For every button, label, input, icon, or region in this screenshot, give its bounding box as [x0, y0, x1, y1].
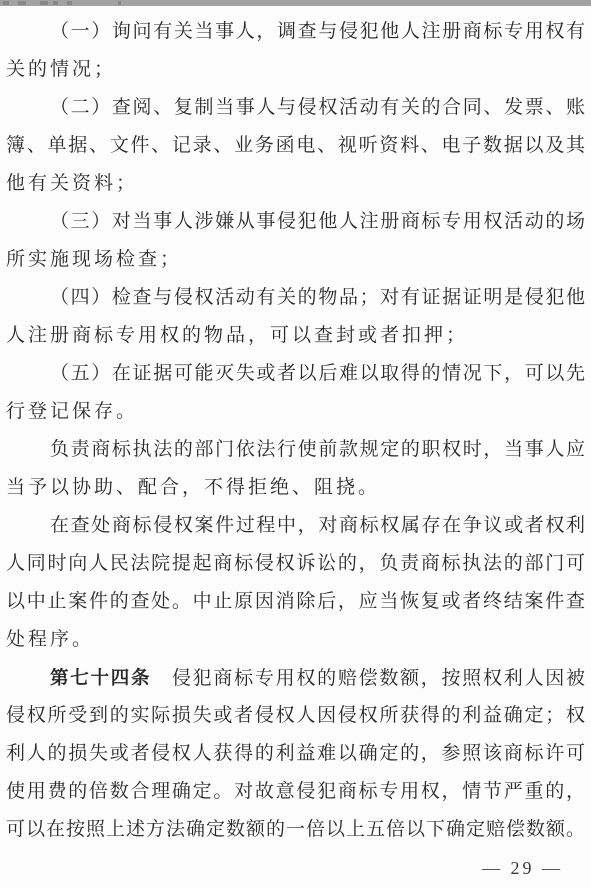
text-line: 所实施现场检查； — [6, 241, 585, 279]
text-run: 利人的损失或者侵权人获得的利益难以确定的，参照该商标许可 — [6, 743, 585, 764]
clipped-text-fragment — [67, 1, 72, 5]
text-run: （二）查阅、复制当事人与侵权活动有关的合同、发票、账 — [50, 97, 585, 118]
text-run: （四）检查与侵权活动有关的物品；对有证据证明是侵犯他 — [50, 287, 585, 308]
text-run: 行登记保存。 — [6, 401, 138, 422]
text-run: 簿、单据、文件、记录、业务函电、视听资料、电子数据以及其 — [6, 135, 585, 156]
document-page: （一）询问有关当事人，调查与侵犯他人注册商标专用权有关的情况；（二）查阅、复制当… — [0, 0, 591, 888]
article-number-bold: 第七十四条 — [50, 667, 151, 688]
text-line: 可以在按照上述方法确定数额的一倍以上五倍以下确定赔偿数额。 — [6, 811, 585, 849]
text-line: 使用费的倍数合理确定。对故意侵犯商标专用权，情节严重的， — [6, 773, 585, 811]
text-run: （三）对当事人涉嫌从事侵犯他人注册商标专用权活动的场 — [50, 211, 585, 232]
text-line: 人同时向人民法院提起商标侵权诉讼的，负责商标执法的部门可 — [6, 545, 585, 583]
text-line: （二）查阅、复制当事人与侵权活动有关的合同、发票、账 — [6, 89, 585, 127]
text-line: （一）询问有关当事人，调查与侵犯他人注册商标专用权有 — [6, 13, 585, 51]
text-line: 处程序。 — [6, 621, 585, 659]
text-run: 可以在按照上述方法确定数额的一倍以上五倍以下确定赔偿数额。 — [6, 819, 585, 840]
text-line: 关的情况； — [6, 51, 585, 89]
text-run: 处程序。 — [6, 629, 94, 650]
text-run: 使用费的倍数合理确定。对故意侵犯商标专用权，情节严重的， — [6, 781, 585, 802]
text-run: （五）在证据可能灭失或者以后难以取得的情况下，可以先 — [50, 363, 585, 384]
clipped-text-fragment — [53, 1, 58, 5]
text-run: 所实施现场检查； — [6, 249, 182, 270]
text-line: 以中止案件的查处。中止原因消除后，应当恢复或者终结案件查 — [6, 583, 585, 621]
text-line: （三）对当事人涉嫌从事侵犯他人注册商标专用权活动的场 — [6, 203, 585, 241]
page-number: — 29 — — [482, 856, 563, 880]
clipped-text-fragment — [18, 1, 26, 5]
text-run: 他有关资料； — [6, 173, 138, 194]
clipped-text-fragment — [3, 1, 9, 5]
clipped-previous-line — [0, 0, 591, 6]
clipped-text-fragment — [40, 1, 48, 5]
text-run: 人注册商标专用权的物品，可以查封或者扣押； — [6, 325, 468, 346]
text-line: 侵权所受到的实际损失或者侵权人因侵权所获得的利益确定；权 — [6, 697, 585, 735]
text-run: 人同时向人民法院提起商标侵权诉讼的，负责商标执法的部门可 — [6, 553, 585, 574]
text-line: 行登记保存。 — [6, 393, 585, 431]
text-line: 第七十四条 侵犯商标专用权的赔偿数额，按照权利人因被 — [6, 659, 585, 697]
text-run: 当予以协助、配合，不得拒绝、阻挠。 — [6, 477, 380, 498]
text-run: 侵权所受到的实际损失或者侵权人因侵权所获得的利益确定；权 — [6, 705, 585, 726]
text-line: 在查处商标侵权案件过程中，对商标权属存在争议或者权利 — [6, 507, 585, 545]
text-line: 当予以协助、配合，不得拒绝、阻挠。 — [6, 469, 585, 507]
text-run: 侵犯商标专用权的赔偿数额，按照权利人因被 — [151, 668, 585, 689]
text-line: 人注册商标专用权的物品，可以查封或者扣押； — [6, 317, 585, 355]
text-line: 负责商标执法的部门依法行使前款规定的职权时，当事人应 — [6, 431, 585, 469]
document-body: （一）询问有关当事人，调查与侵犯他人注册商标专用权有关的情况；（二）查阅、复制当… — [6, 13, 585, 849]
text-run: 以中止案件的查处。中止原因消除后，应当恢复或者终结案件查 — [6, 591, 585, 612]
text-line: （五）在证据可能灭失或者以后难以取得的情况下，可以先 — [6, 355, 585, 393]
text-line: 他有关资料； — [6, 165, 585, 203]
text-line: 利人的损失或者侵权人获得的利益难以确定的，参照该商标许可 — [6, 735, 585, 773]
text-run: （一）询问有关当事人，调查与侵犯他人注册商标专用权有 — [50, 21, 585, 42]
text-run: 在查处商标侵权案件过程中，对商标权属存在争议或者权利 — [50, 515, 585, 536]
clipped-text-fragment — [118, 1, 121, 5]
text-line: 簿、单据、文件、记录、业务函电、视听资料、电子数据以及其 — [6, 127, 585, 165]
text-run: 负责商标执法的部门依法行使前款规定的职权时，当事人应 — [50, 439, 585, 460]
text-run: 关的情况； — [6, 59, 116, 80]
text-line: （四）检查与侵权活动有关的物品；对有证据证明是侵犯他 — [6, 279, 585, 317]
